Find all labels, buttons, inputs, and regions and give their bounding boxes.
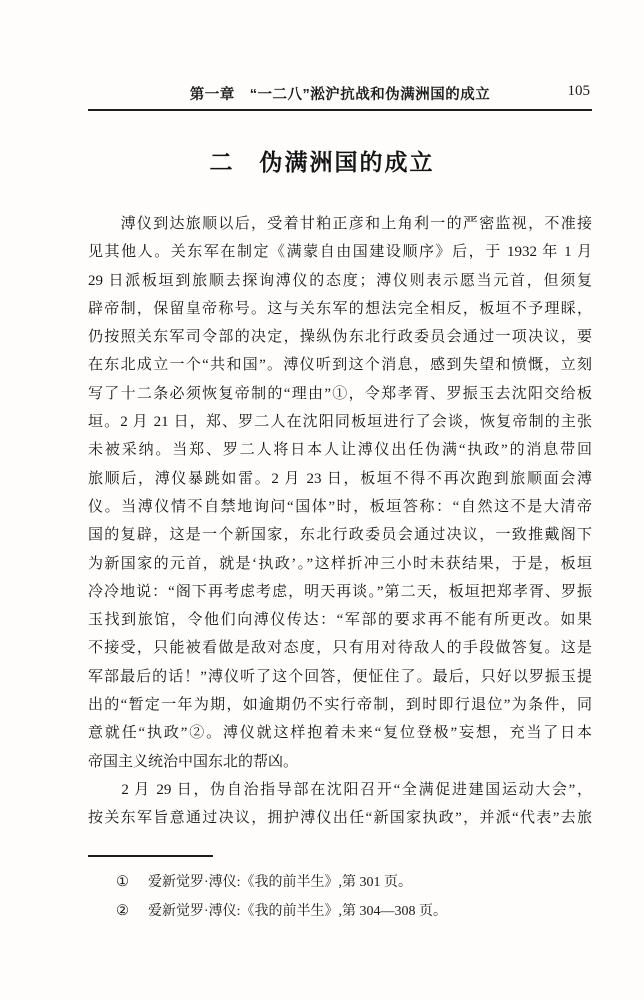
body-line: 冷冷地说：“阁下再考虑考虑，明天再谈。”第二天，板垣把郑孝胥、罗振 (88, 578, 592, 606)
body-line: 意就任“执政”②。溥仪就这样抱着未来“复位登极”妄想，充当了日本 (88, 719, 592, 747)
body-line: 辟帝制，保留皇帝称号。这与关东军的想法完全相反，板垣不予理睬， (88, 295, 592, 323)
body-line: 按关东军旨意通过决议，拥护溥仪出任“新国家执政”，并派“代表”去旅 (88, 804, 592, 832)
body-line: 军部最后的话！”溥仪听了这个回答，便怔住了。最后，只好以罗振玉提 (88, 663, 592, 691)
footnote-marker: ① (116, 868, 148, 897)
header-rule (88, 109, 592, 111)
body-line: 帝国主义统治中国东北的帮凶。 (88, 748, 592, 776)
body-line: 2 月 29 日，伪自治指导部在沈阳召开“全满促进建国运动大会”， (88, 776, 592, 804)
footnote-text: 爱新觉罗·溥仪:《我的前半生》,第 304—308 页。 (148, 897, 592, 926)
body-line: 仪。当溥仪情不自禁地询问“国体”时，板垣答称：“自然这不是大清帝 (88, 493, 592, 521)
body-line: 不接受，只能被看做是敌对态度，只有用对待敌人的手段做答复。这是 (88, 634, 592, 662)
footnote-text: 爱新觉罗·溥仪:《我的前半生》,第 301 页。 (148, 868, 592, 897)
chapter-title: 第一章 “一二八”淞沪抗战和伪满洲国的成立 (88, 83, 592, 104)
body-line: 仍按照关东军司令部的决定，操纵伪东北行政委员会通过一项决议，要 (88, 323, 592, 351)
page-header: 第一章 “一二八”淞沪抗战和伪满洲国的成立 105 (88, 83, 592, 105)
footnotes: ① 爱新觉罗·溥仪:《我的前半生》,第 301 页。 ② 爱新觉罗·溥仪:《我的… (88, 868, 592, 926)
body-line: 未被采纳。当郑、罗二人将日本人让溥仪出任伪满“执政”的消息带回 (88, 436, 592, 464)
section-title: 二 伪满洲国的成立 (0, 144, 644, 177)
footnote: ② 爱新觉罗·溥仪:《我的前半生》,第 304—308 页。 (88, 897, 592, 926)
body-line: 国的复辟，这是一个新国家，东北行政委员会通过决议，一致推戴阁下 (88, 521, 592, 549)
footnote-separator (88, 855, 213, 857)
book-page: 第一章 “一二八”淞沪抗战和伪满洲国的成立 105 二 伪满洲国的成立 溥仪到达… (0, 0, 644, 1000)
body-line: 29 日派板垣到旅顺去探询溥仪的态度；溥仪则表示愿当元首，但须复 (88, 267, 592, 295)
body-line: 写了十二条必须恢复帝制的“理由”①，令郑孝胥、罗振玉去沈阳交给板 (88, 380, 592, 408)
body-line: 溥仪到达旅顺以后，受着甘粕正彦和上角利一的严密监视，不准接 (88, 210, 592, 238)
body-line: 垣。2 月 21 日，郑、罗二人在沈阳同板垣进行了会谈，恢复帝制的主张 (88, 408, 592, 436)
body-text: 溥仪到达旅顺以后，受着甘粕正彦和上角利一的严密监视，不准接 见其他人。关东军在制… (88, 210, 592, 833)
body-line: 出的“暂定一年为期，如逾期仍不实行帝制，到时即行退位”为条件，同 (88, 691, 592, 719)
body-line: 在东北成立一个“共和国”。溥仪听到这个消息，感到失望和愤慨，立刻 (88, 351, 592, 379)
footnote: ① 爱新觉罗·溥仪:《我的前半生》,第 301 页。 (88, 868, 592, 897)
body-line: 见其他人。关东军在制定《满蒙自由国建设顺序》后，于 1932 年 1 月 (88, 238, 592, 266)
body-line: 旅顺后，溥仪暴跳如雷。2 月 23 日，板垣不得不再次跑到旅顺面会溥 (88, 465, 592, 493)
page-number: 105 (568, 83, 591, 100)
body-line: 玉找到旅馆，令他们向溥仪传达：“军部的要求再不能有所更改。如果 (88, 606, 592, 634)
footnote-marker: ② (116, 897, 148, 926)
body-line: 为新国家的元首，就是‘执政’。”这样折冲三小时未获结果，于是，板垣 (88, 550, 592, 578)
